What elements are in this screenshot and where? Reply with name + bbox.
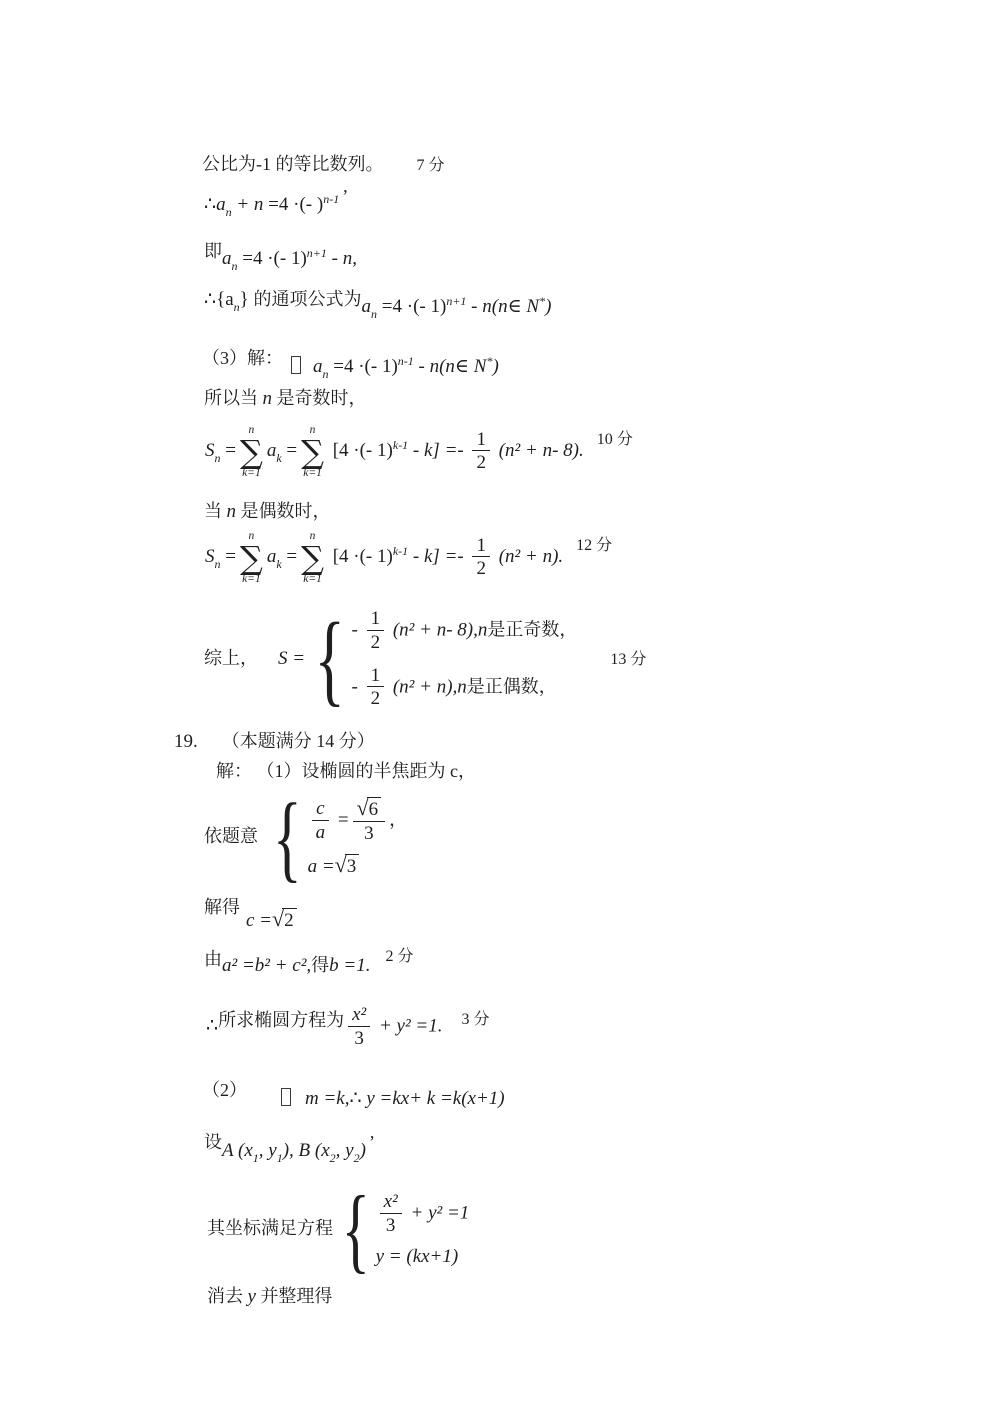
text-required-ellipse: 所求椭圆方程为 — [218, 1010, 344, 1030]
text-get: 得 — [311, 955, 329, 975]
system-row-ellipse: x²3 + y² =1 — [376, 1191, 470, 1238]
exponent: n+1 — [446, 294, 466, 308]
mid-expression: - k] =- — [408, 440, 468, 461]
left-curly-brace: { — [314, 608, 345, 711]
equation-system: ca =√63，a =√3 — [308, 797, 408, 878]
therefore-symbol: ∴ — [204, 289, 216, 310]
equals-expression: =4 ·(- ) — [263, 194, 323, 215]
fraction-denominator: 3 — [380, 1213, 402, 1238]
var-a-equals: a = — [308, 856, 335, 877]
text-coordinates-satisfy: 其坐标满足方程 — [207, 1218, 333, 1238]
var-S: S — [205, 440, 215, 461]
var-S: S — [205, 546, 215, 567]
point-B-y: , y — [336, 1140, 354, 1161]
missing-glyph-box — [281, 1088, 291, 1106]
fraction-numerator: 1 — [472, 535, 490, 557]
raised-comma: ’ — [369, 1132, 375, 1152]
tail-term: - n, — [327, 248, 357, 269]
label-ji: 即 — [204, 241, 222, 261]
fraction-x2-over-3: x²3 — [380, 1191, 402, 1238]
bracket-expression: [4 ·(- 1) — [328, 440, 393, 461]
var-S-equals: S = — [278, 648, 305, 669]
equation-tail: + y² =1. — [374, 1016, 442, 1037]
text-in-summary: 综上， — [204, 648, 258, 668]
sum-lower-limit: k=1 — [242, 573, 261, 586]
pythagorean-relation: a² =b² + c², — [222, 955, 311, 976]
system-row-eccentricity: ca =√63， — [308, 797, 408, 846]
text-solving-gives: 解得 — [204, 897, 240, 917]
case-expression: (n² + n), — [388, 676, 457, 697]
equals: = — [221, 546, 236, 567]
sigma-symbol: ∑ — [240, 543, 263, 573]
radicand: 3 — [345, 854, 360, 876]
sigma-symbol: ∑ — [240, 437, 263, 467]
point-A-y: , y — [259, 1140, 277, 1161]
fraction-denominator: 3 — [353, 821, 386, 846]
fraction-c-over-a: ca — [312, 798, 330, 845]
radicand: 6 — [367, 797, 382, 819]
score-badge: 2 分 — [386, 948, 414, 965]
exponent: k-1 — [393, 544, 408, 558]
sum-notation: n∑k=1 — [301, 530, 324, 586]
sum-notation: n∑k=1 — [240, 530, 263, 586]
fraction-denominator: a — [312, 820, 330, 845]
fraction-sqrt6-over-3: √63 — [353, 797, 386, 846]
sigma-symbol: ∑ — [301, 437, 324, 467]
piecewise-case-odd: - 12 (n² + n- 8),n是正奇数， — [352, 608, 578, 655]
fraction-numerator: x² — [348, 1004, 370, 1026]
left-curly-brace: { — [273, 789, 302, 886]
therefore-symbol: ∴ — [204, 194, 216, 215]
comma: ， — [389, 810, 407, 830]
text-and-simplify: 并整理得 — [256, 1286, 333, 1306]
text-line-eliminate-y: 消去 y 并整理得 — [188, 1260, 332, 1330]
text-by-condition: 依题意 — [204, 826, 258, 846]
tail-term: - n(n∈ N — [414, 356, 487, 377]
sqrt-expression: √3 — [335, 854, 360, 876]
score-badge: 13 分 — [610, 651, 646, 668]
equals: = — [221, 440, 236, 461]
fraction-one-half: 12 — [367, 608, 385, 655]
text-from: 由 — [204, 949, 222, 969]
system-row-line: y = (kx+1) — [376, 1246, 470, 1268]
sqrt-expression: √6 — [357, 797, 382, 819]
sum-notation: n∑k=1 — [301, 424, 324, 480]
score-badge: 10 分 — [597, 431, 633, 448]
sqrt-expression: √2 — [272, 908, 297, 930]
fraction-numerator: 1 — [472, 429, 490, 451]
line-equation: y =kx+ k =k(x+1) — [362, 1088, 505, 1109]
sequence-open: {a — [216, 289, 234, 310]
fraction-x2-over-3: x²3 — [348, 1004, 370, 1051]
tail-term: - n(n∈ N — [466, 296, 539, 317]
therefore-symbol: ∴ — [206, 1016, 218, 1037]
case-expression: (n² + n- 8), — [388, 620, 478, 641]
exponent: k-1 — [393, 438, 408, 452]
equals: = — [282, 440, 297, 461]
line-equation: y = (kx+1) — [376, 1246, 459, 1267]
formula-line-ellipse-equation: ∴所求椭圆方程为x²3 + y² =1.3 分 — [187, 982, 490, 1073]
fraction-one-half: 12 — [472, 429, 490, 476]
close-paren: ) — [360, 1140, 366, 1161]
fraction-numerator: c — [312, 798, 330, 820]
fraction-denominator: 3 — [348, 1026, 370, 1051]
equation-tail: + y² =1 — [406, 1203, 470, 1224]
system-row-a-value: a =√3 — [308, 854, 408, 878]
var-a: a — [362, 296, 372, 317]
label-general-formula: 的通项公式为 — [254, 289, 362, 309]
point-B-open: ), B (x — [283, 1140, 330, 1161]
fraction-numerator: 1 — [367, 665, 385, 687]
fraction-denominator: 2 — [472, 556, 490, 581]
var-c-equals: c = — [246, 910, 272, 931]
sum-lower-limit: k=1 — [303, 573, 322, 586]
var-m-equals-k: m =k, — [305, 1088, 349, 1109]
result-expression: (n² + n- 8). — [494, 440, 584, 461]
sequence-close: } — [240, 289, 254, 310]
minus-sign: - — [352, 676, 363, 697]
fraction-denominator: 2 — [367, 630, 385, 655]
bracket-expression: [4 ·(- 1) — [328, 546, 393, 567]
therefore-symbol: ∴ — [349, 1088, 361, 1109]
var-n: n — [478, 620, 488, 641]
term-plus-n: + n — [232, 194, 264, 215]
question-number: 19. — [174, 731, 198, 752]
close-paren: ) — [492, 356, 498, 377]
fraction-numerator: x² — [380, 1191, 402, 1213]
piecewise-case-even: - 12 (n² + n),n是正偶数， — [352, 665, 578, 712]
fraction-numerator: √6 — [353, 797, 386, 821]
piecewise-cases: - 12 (n² + n- 8),n是正奇数，- 12 (n² + n),n是正… — [352, 608, 578, 711]
equals-expression: =4 ·(- 1) — [238, 248, 307, 269]
exponent: n-1 — [398, 354, 414, 368]
close-paren: ) — [545, 296, 551, 317]
point-A-open: A (x — [222, 1140, 253, 1161]
radicand: 2 — [282, 908, 297, 930]
text-eliminate: 消去 — [207, 1286, 248, 1306]
mid-expression: - k] =- — [408, 546, 468, 567]
fraction-numerator: 1 — [367, 608, 385, 630]
score-badge: 12 分 — [576, 537, 612, 554]
var-a: a — [267, 440, 277, 461]
left-curly-brace: { — [342, 1182, 370, 1277]
equals-expression: =4 ·(- 1) — [377, 296, 446, 317]
text-let: 设 — [204, 1132, 222, 1152]
label-part2: （2） — [202, 1080, 247, 1100]
var-n: n — [457, 676, 467, 697]
var-a: a — [216, 194, 226, 215]
minus-sign: - — [352, 620, 363, 641]
case-condition: 是正偶数， — [467, 676, 557, 696]
exponent: n-1 — [323, 192, 339, 206]
raised-comma: ’ — [342, 186, 348, 206]
sum-notation: n∑k=1 — [240, 424, 263, 480]
fraction-denominator: 2 — [472, 450, 490, 475]
sigma-symbol: ∑ — [301, 543, 324, 573]
document-page: 公比为-1 的等比数列。7 分 ∴an + n =4 ·(- )n-1’ 即an… — [0, 0, 1000, 1415]
var-y: y — [248, 1286, 256, 1307]
case-condition: 是正奇数， — [487, 620, 577, 640]
equals: = — [333, 810, 348, 831]
fraction-one-half: 12 — [472, 535, 490, 582]
score-badge: 3 分 — [462, 1011, 490, 1028]
result-expression: (n² + n). — [494, 546, 563, 567]
var-a: a — [267, 546, 277, 567]
score-badge: 7 分 — [417, 157, 445, 174]
var-b-equals-one: b =1. — [329, 955, 370, 976]
equation-system: x²3 + y² =1y = (kx+1) — [376, 1191, 470, 1268]
exponent: n+1 — [307, 246, 327, 260]
var-a: a — [222, 248, 232, 269]
equals: = — [282, 546, 297, 567]
